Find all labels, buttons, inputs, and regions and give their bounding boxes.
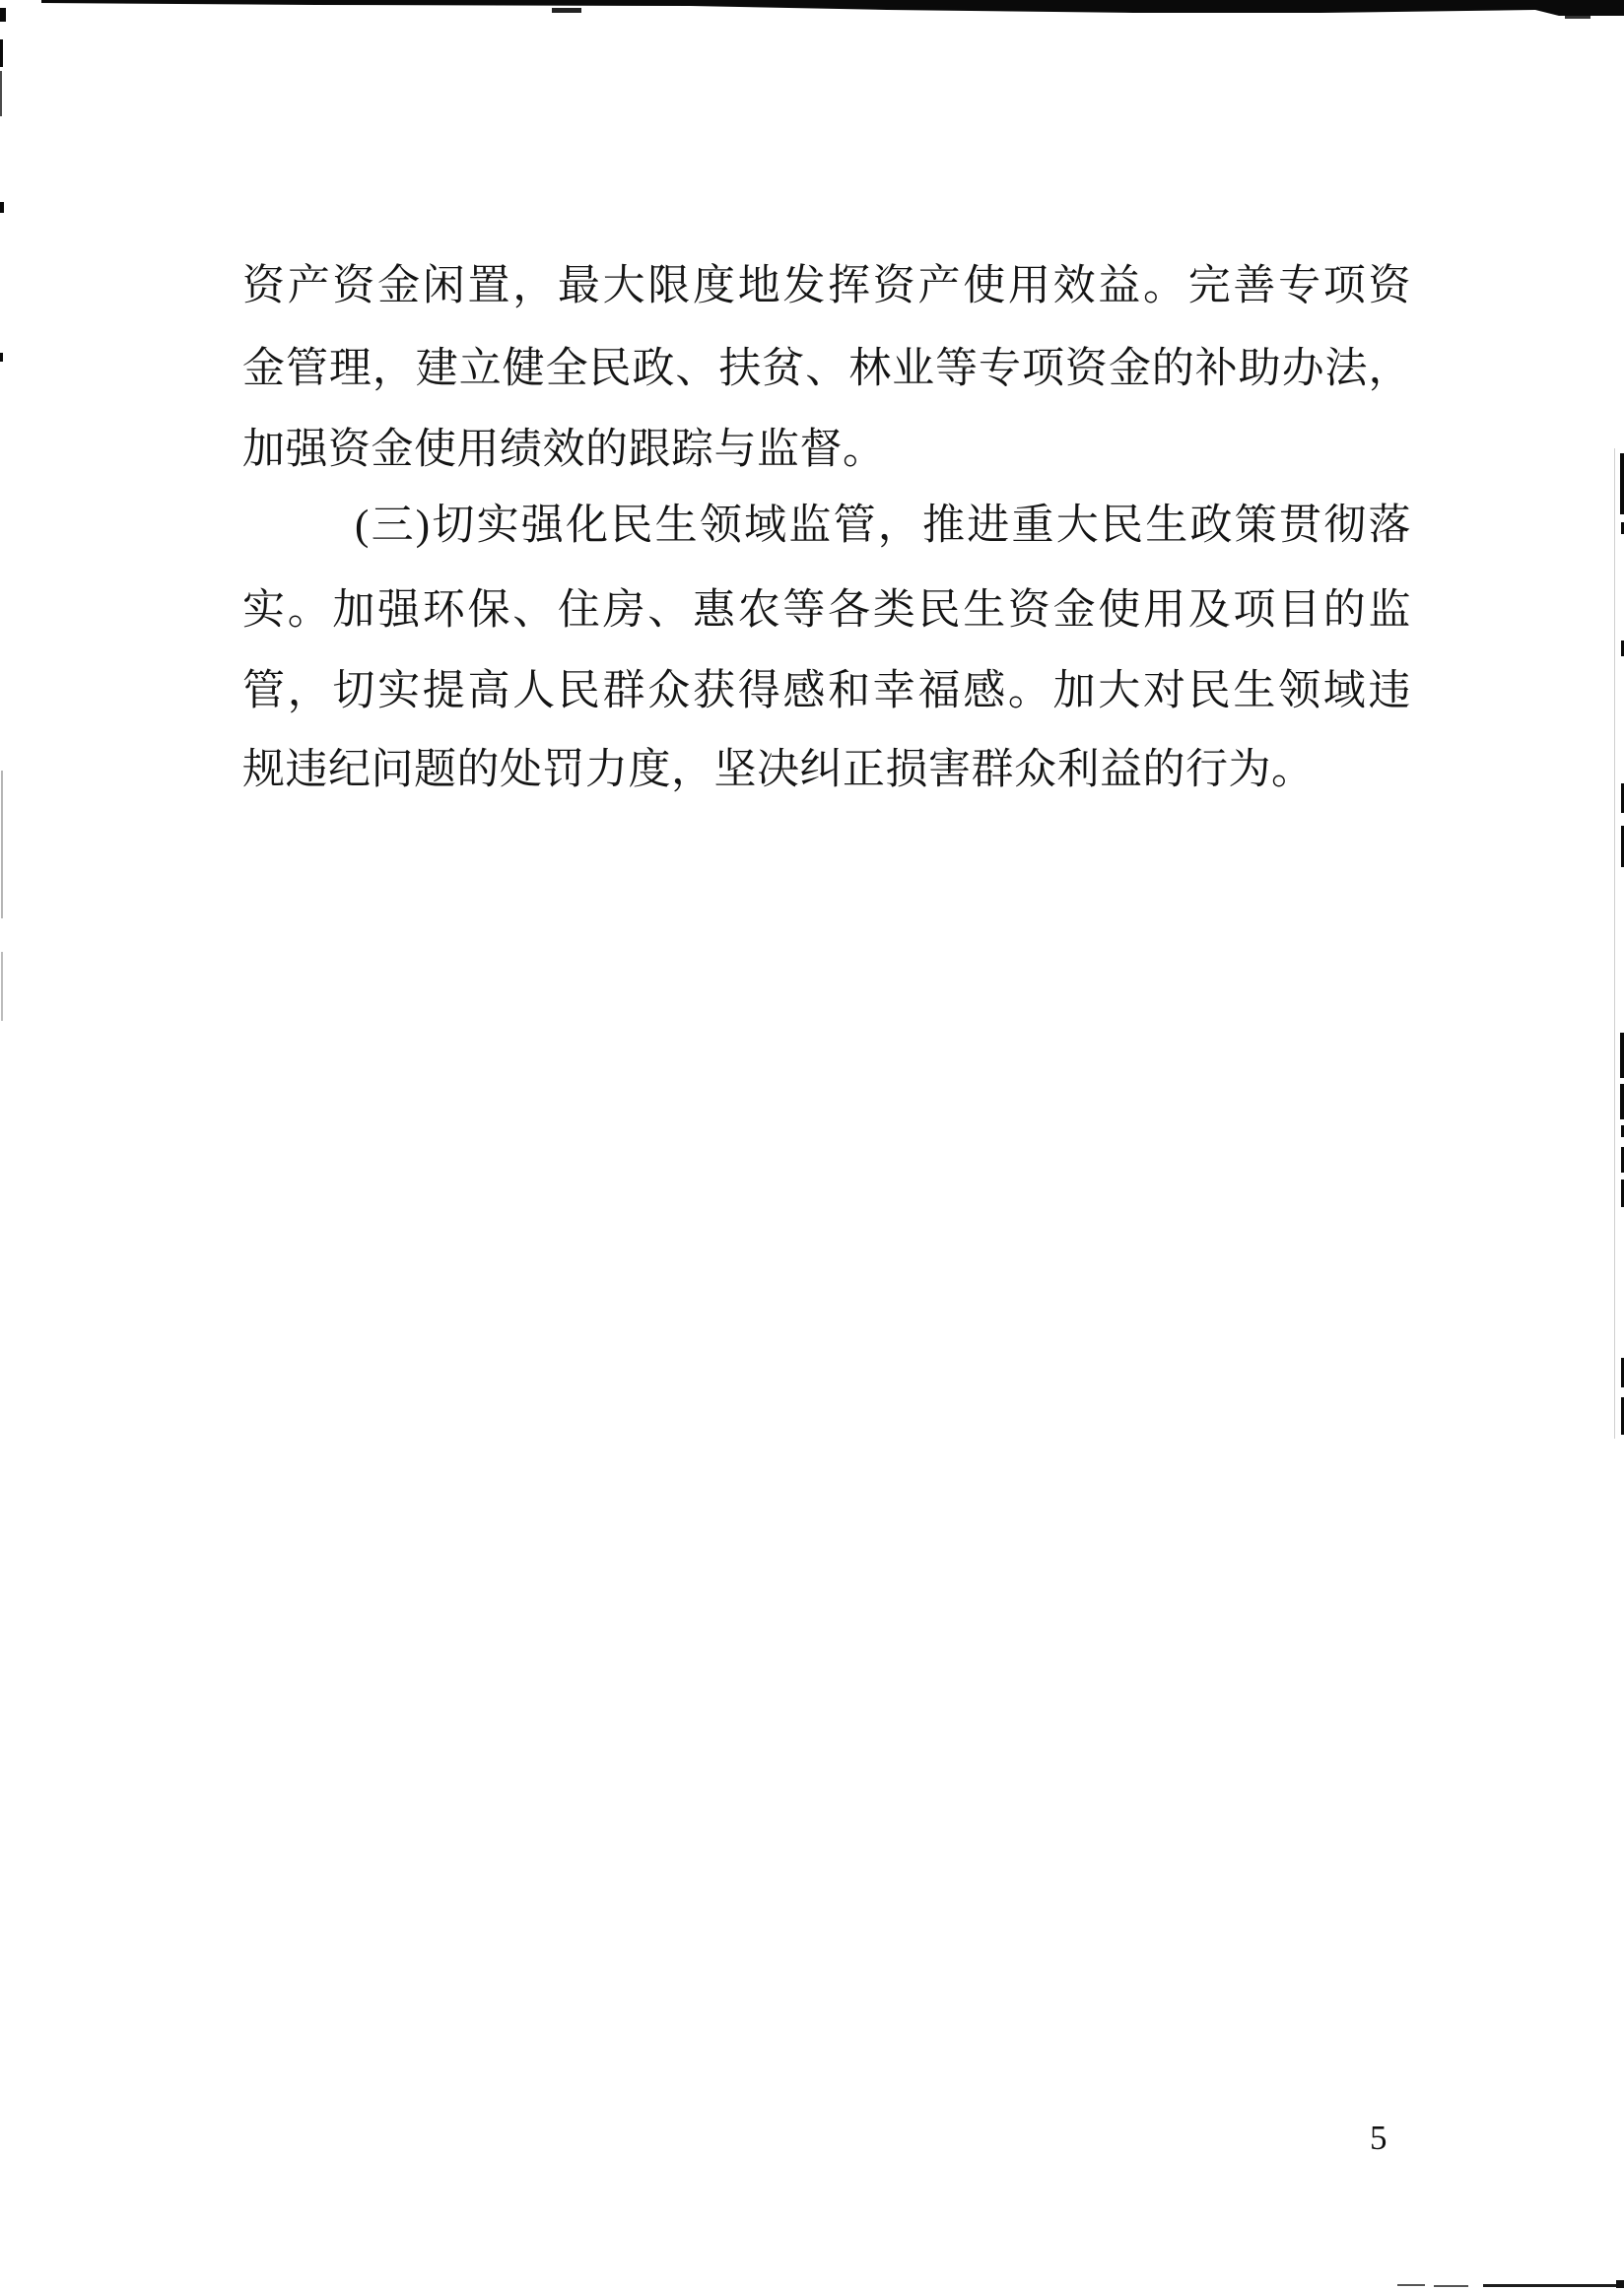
scan-speck-left xyxy=(0,353,3,362)
scan-dash-bottom xyxy=(1397,2284,1425,2286)
document-text-line: 金管理，建立健全民政、扶贫、林业等专项资金的补助办法， xyxy=(242,341,1411,402)
scan-speck-left xyxy=(0,202,4,213)
document-text-line: 资产资金闲置，最大限度地发挥资产使用效益。完善专项资 xyxy=(242,258,1411,319)
scan-dash-right xyxy=(1620,1033,1624,1078)
scan-hairline-bottom xyxy=(1483,2284,1624,2287)
scan-speck-left xyxy=(1,952,3,1021)
document-text-line: (三)切实强化民生领域监管，推进重大民生政策贯彻落 xyxy=(242,498,1411,559)
scan-dash-right xyxy=(1620,453,1624,514)
scan-speck-left xyxy=(0,8,6,22)
scan-speck-left xyxy=(1,771,3,918)
scan-speck-left xyxy=(0,39,3,67)
scan-dash-right xyxy=(1620,1084,1624,1119)
document-text-line: 加强资金使用绩效的跟踪与监督。 xyxy=(242,422,1411,483)
page-number: 5 xyxy=(1370,2119,1387,2158)
scan-speck-bottom xyxy=(1616,2280,1624,2288)
document-text-line: 实。加强环保、住房、惠农等各类民生资金使用及项目的监 xyxy=(242,582,1411,643)
scan-speck-left xyxy=(0,71,2,116)
document-text-line: 规违纪问题的处罚力度，坚决纠正损害群众利益的行为。 xyxy=(242,742,1411,803)
scanned-document-page: 资产资金闲置，最大限度地发挥资产使用效益。完善专项资 金管理，建立健全民政、扶贫… xyxy=(0,0,1624,2291)
scan-artifact-top-edge xyxy=(0,0,1624,20)
scan-hairline-right xyxy=(1614,448,1615,1439)
document-text-line: 管，切实提高人民群众获得感和幸福感。加大对民生领域违 xyxy=(242,663,1411,724)
scan-dash-bottom xyxy=(1434,2285,1468,2287)
